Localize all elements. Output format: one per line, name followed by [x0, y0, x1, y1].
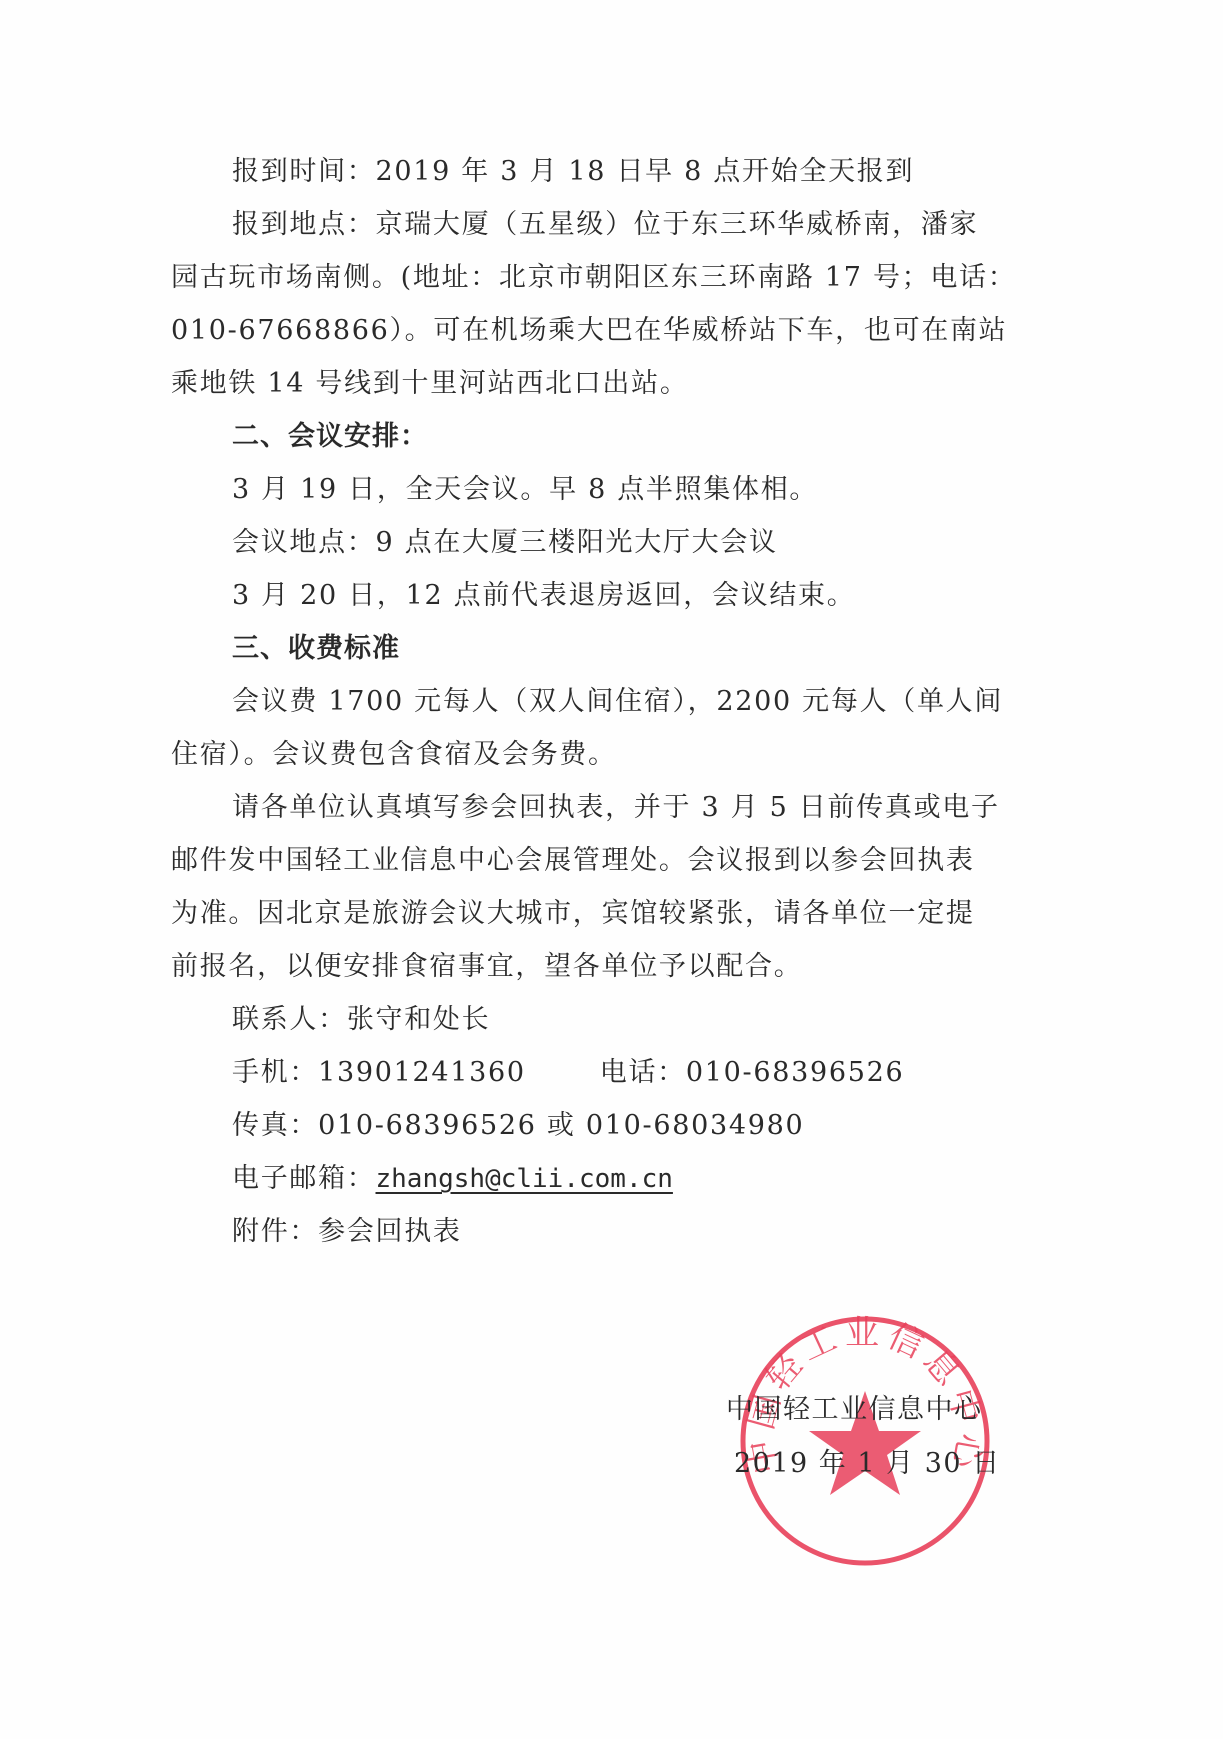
email-link[interactable]: zhangsh@clii.com.cn [376, 1164, 673, 1194]
notice-line: 邮件发中国轻工业信息中心会展管理处。会议报到以参会回执表 [171, 841, 975, 881]
section-heading-fees: 三、收费标准 [232, 629, 400, 669]
contact-email: 电子邮箱：zhangsh@clii.com.cn [232, 1159, 673, 1199]
notice-line: 前报名，以便安排食宿事宜，望各单位予以配合。 [171, 947, 802, 987]
signature-date: 2019 年 1 月 30 日 [734, 1444, 1001, 1484]
contact-person-name: 张守和处长 [347, 1004, 491, 1035]
contact-phones: 手机：13901241360电话：010-68396526 [232, 1053, 904, 1093]
contact-person: 联系人：张守和处长 [232, 1000, 490, 1040]
schedule-line: 3 月 20 日，12 点前代表退房返回，会议结束。 [232, 576, 855, 616]
attachment-label: 附件： [232, 1216, 318, 1247]
fax-numbers: 010-68396526 或 010-68034980 [318, 1110, 804, 1141]
signature-organization: 中国轻工业信息中心 [726, 1390, 983, 1430]
attachment: 附件：参会回执表 [232, 1212, 462, 1252]
registration-location-line-1: 报到地点：京瑞大厦（五星级）位于东三环华威桥南，潘家 [232, 205, 978, 245]
registration-location-line-2: 园古玩市场南侧。(地址：北京市朝阳区东三环南路 17 号；电话： [171, 258, 1016, 298]
fax-label: 传真： [232, 1110, 318, 1141]
contact-person-label: 联系人： [232, 1004, 347, 1035]
schedule-line: 3 月 19 日，全天会议。早 8 点半照集体相。 [232, 470, 818, 510]
mobile-label: 手机： [232, 1057, 318, 1088]
registration-time: 报到时间：2019 年 3 月 18 日早 8 点开始全天报到 [232, 152, 914, 192]
section-heading-schedule: 二、会议安排： [232, 417, 428, 457]
fees-line: 住宿）。会议费包含食宿及会务费。 [171, 735, 617, 775]
notice-line: 为准。因北京是旅游会议大城市，宾馆较紧张，请各单位一定提 [171, 894, 975, 934]
registration-location-line-4: 乘地铁 14 号线到十里河站西北口出站。 [171, 364, 689, 404]
fees-line: 会议费 1700 元每人（双人间住宿），2200 元每人（单人间 [232, 682, 1003, 722]
registration-location-line-3: 010-67668866）。可在机场乘大巴在华威桥站下车，也可在南站 [171, 311, 1007, 351]
email-label: 电子邮箱： [232, 1163, 376, 1194]
schedule-line: 会议地点：9 点在大厦三楼阳光大厅大会议 [232, 523, 778, 563]
attachment-name: 参会回执表 [318, 1216, 462, 1247]
phone-label: 电话： [600, 1057, 686, 1088]
document-page: 报到时间：2019 年 3 月 18 日早 8 点开始全天报到 报到地点：京瑞大… [0, 0, 1223, 1739]
official-seal-stamp: 中国轻工业信息中心 [737, 1313, 993, 1569]
phone-number: 010-68396526 [686, 1057, 904, 1088]
notice-line: 请各单位认真填写参会回执表，并于 3 月 5 日前传真或电子 [232, 788, 1000, 828]
seal-icon: 中国轻工业信息中心 [737, 1313, 993, 1569]
mobile-number: 13901241360 [318, 1057, 526, 1088]
contact-fax: 传真：010-68396526 或 010-68034980 [232, 1106, 804, 1146]
